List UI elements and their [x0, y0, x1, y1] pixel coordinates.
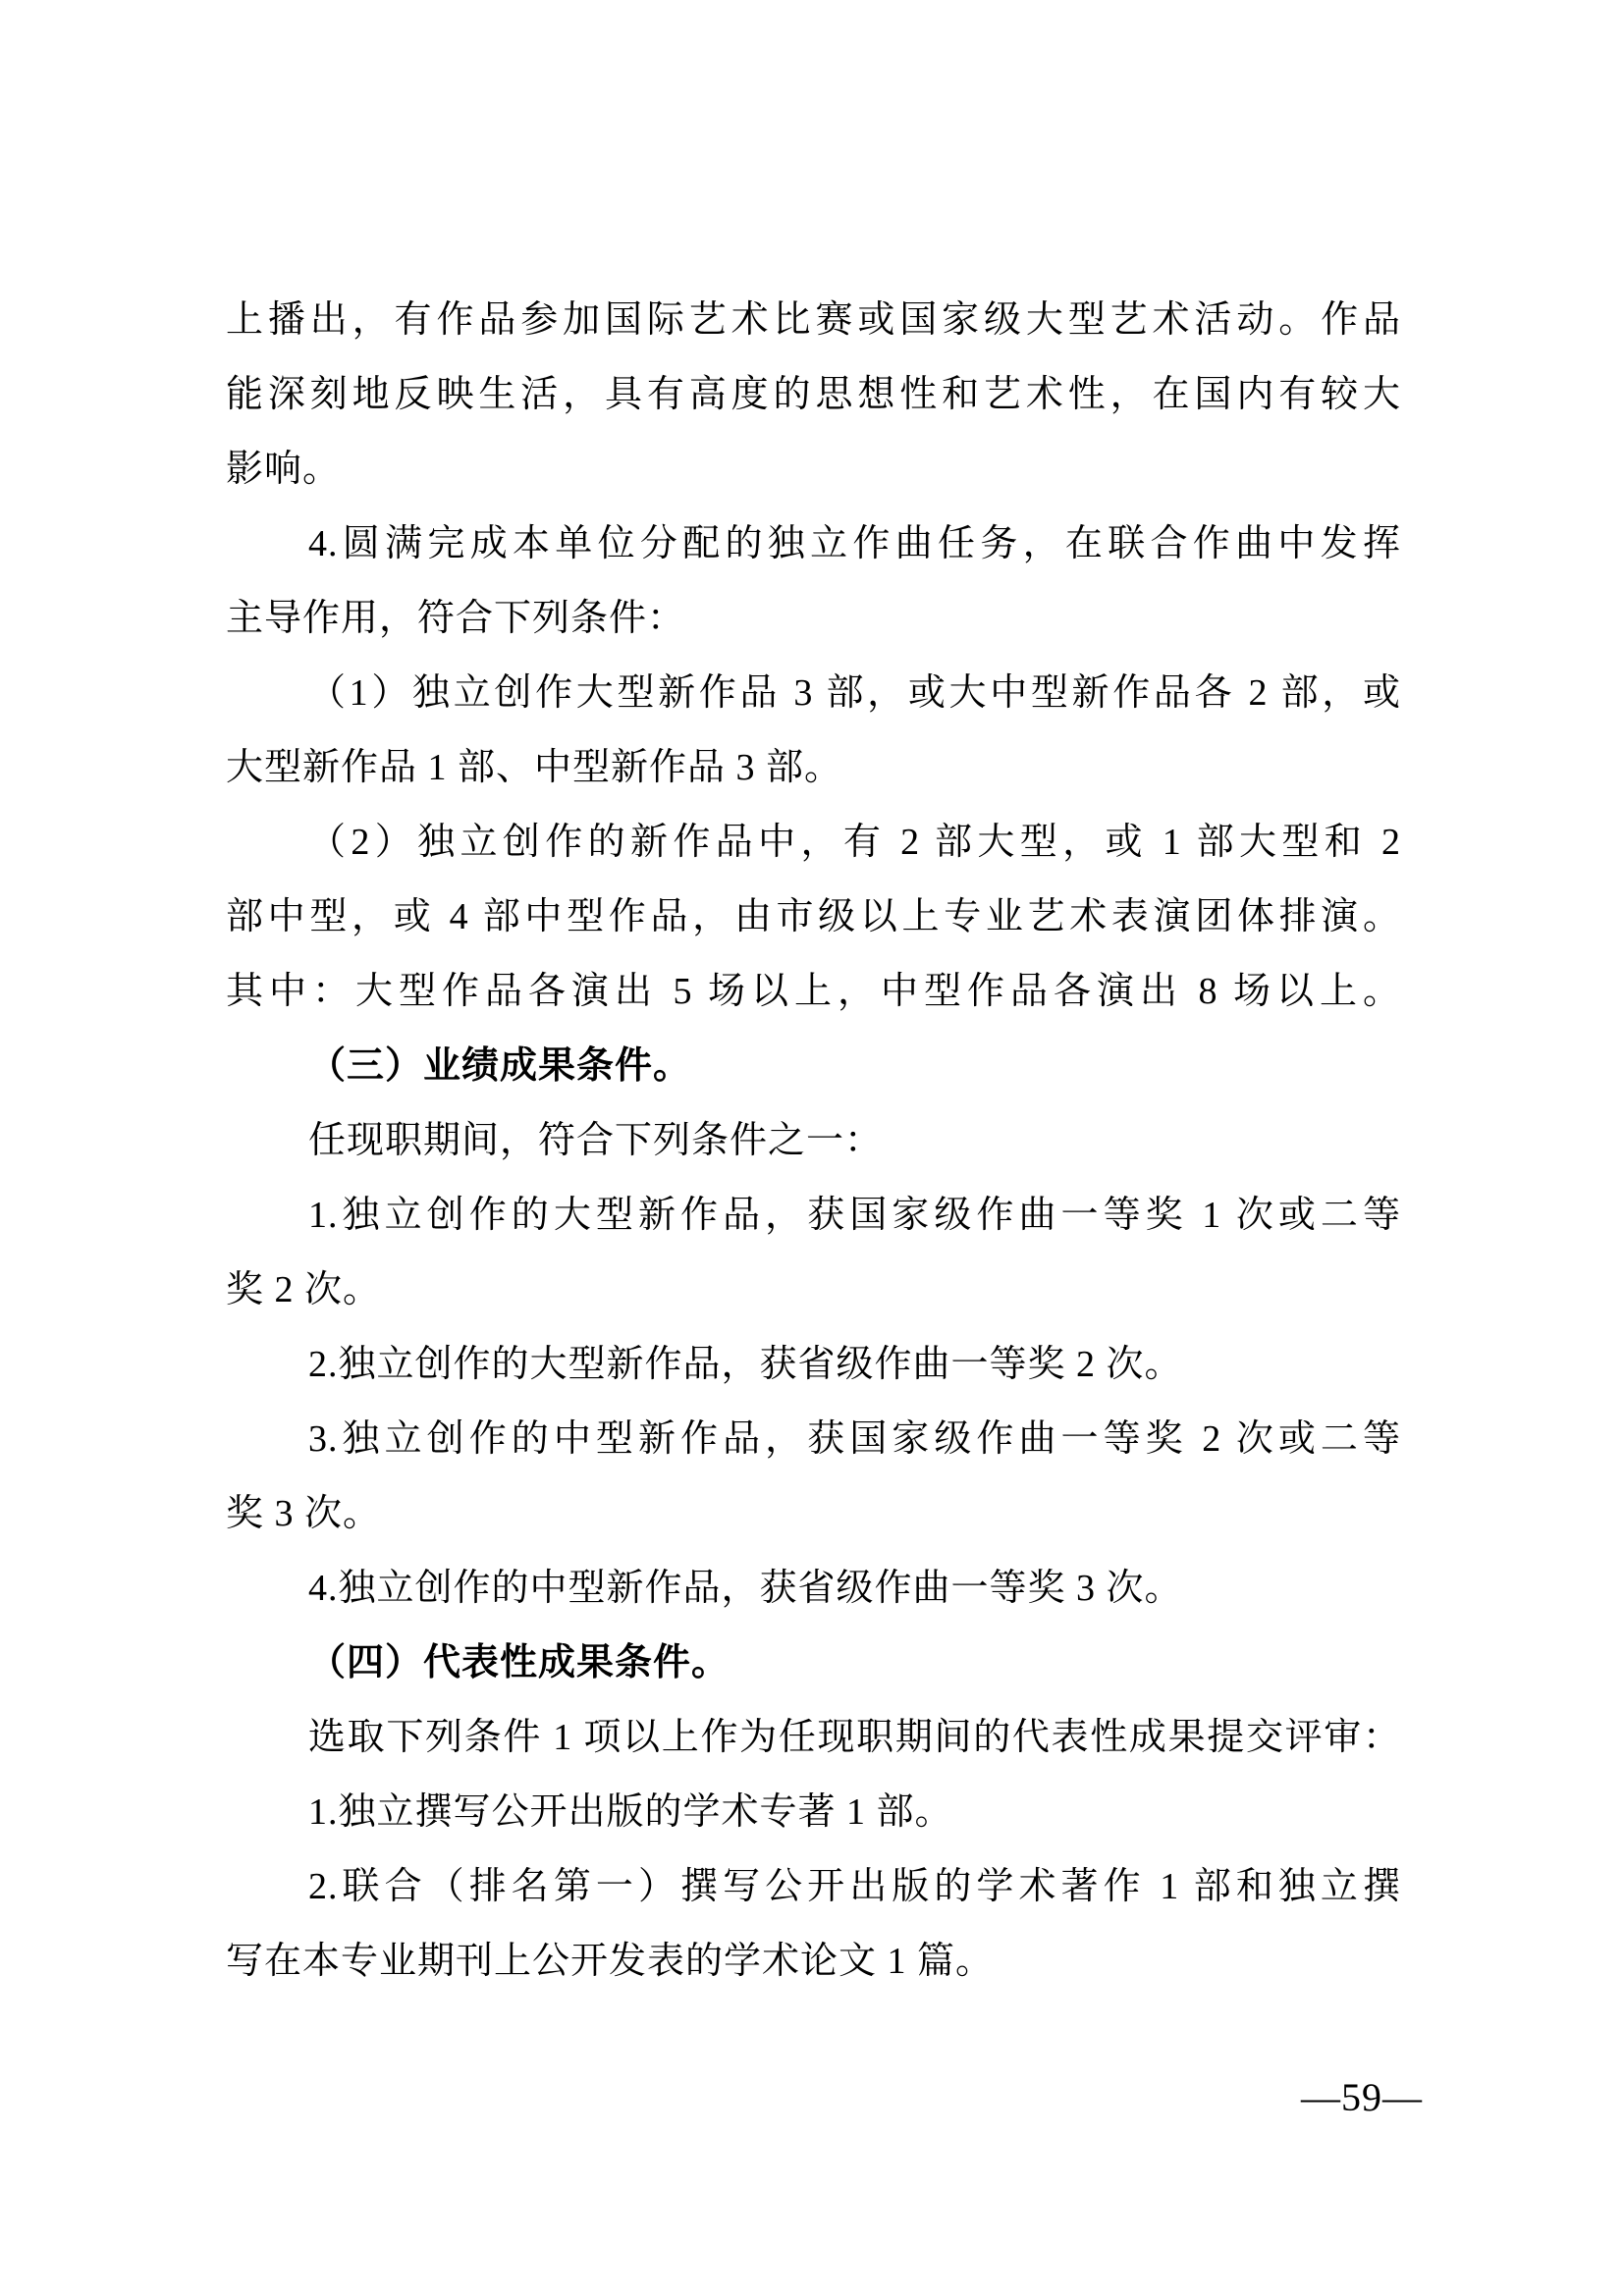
text-line: 影响。	[226, 432, 1401, 507]
text-line: 其中：大型作品各演出 5 场以上，中型作品各演出 8 场以上。	[226, 954, 1401, 1029]
text-line: 奖 2 次。	[226, 1253, 1401, 1327]
text-line: 大型新作品 1 部、中型新作品 3 部。	[226, 730, 1401, 805]
text-line: 能深刻地反映生活，具有高度的思想性和艺术性，在国内有较大	[226, 357, 1401, 432]
text-line: 1.独立撰写公开出版的学术专著 1 部。	[226, 1775, 1401, 1849]
document-body: 上播出，有作品参加国际艺术比赛或国家级大型艺术活动。作品能深刻地反映生活，具有高…	[226, 283, 1401, 1999]
text-line: 4.独立创作的中型新作品，获省级作曲一等奖 3 次。	[226, 1551, 1401, 1626]
text-line: （2）独立创作的新作品中，有 2 部大型，或 1 部大型和 2	[226, 805, 1401, 880]
text-line: 选取下列条件 1 项以上作为任现职期间的代表性成果提交评审：	[226, 1700, 1401, 1775]
text-line: 2.独立创作的大型新作品，获省级作曲一等奖 2 次。	[226, 1327, 1401, 1402]
text-line: 4.圆满完成本单位分配的独立作曲任务，在联合作曲中发挥	[226, 507, 1401, 581]
text-line: 2.联合（排名第一）撰写公开出版的学术著作 1 部和独立撰	[226, 1849, 1401, 1924]
text-line: 1.独立创作的大型新作品，获国家级作曲一等奖 1 次或二等	[226, 1178, 1401, 1253]
text-line: 主导作用，符合下列条件：	[226, 581, 1401, 656]
text-line: （四）代表性成果条件。	[226, 1626, 1401, 1700]
text-line: 写在本专业期刊上公开发表的学术论文 1 篇。	[226, 1924, 1401, 1999]
text-line: 任现职期间，符合下列条件之一：	[226, 1103, 1401, 1178]
page-number: —59—	[1301, 2067, 1423, 2128]
text-line: （1）独立创作大型新作品 3 部，或大中型新作品各 2 部，或	[226, 656, 1401, 730]
text-line: （三）业绩成果条件。	[226, 1029, 1401, 1103]
text-line: 奖 3 次。	[226, 1476, 1401, 1551]
text-line: 3.独立创作的中型新作品，获国家级作曲一等奖 2 次或二等	[226, 1402, 1401, 1476]
document-page: 上播出，有作品参加国际艺术比赛或国家级大型艺术活动。作品能深刻地反映生活，具有高…	[0, 0, 1623, 2296]
text-line: 部中型，或 4 部中型作品，由市级以上专业艺术表演团体排演。	[226, 880, 1401, 954]
text-line: 上播出，有作品参加国际艺术比赛或国家级大型艺术活动。作品	[226, 283, 1401, 357]
